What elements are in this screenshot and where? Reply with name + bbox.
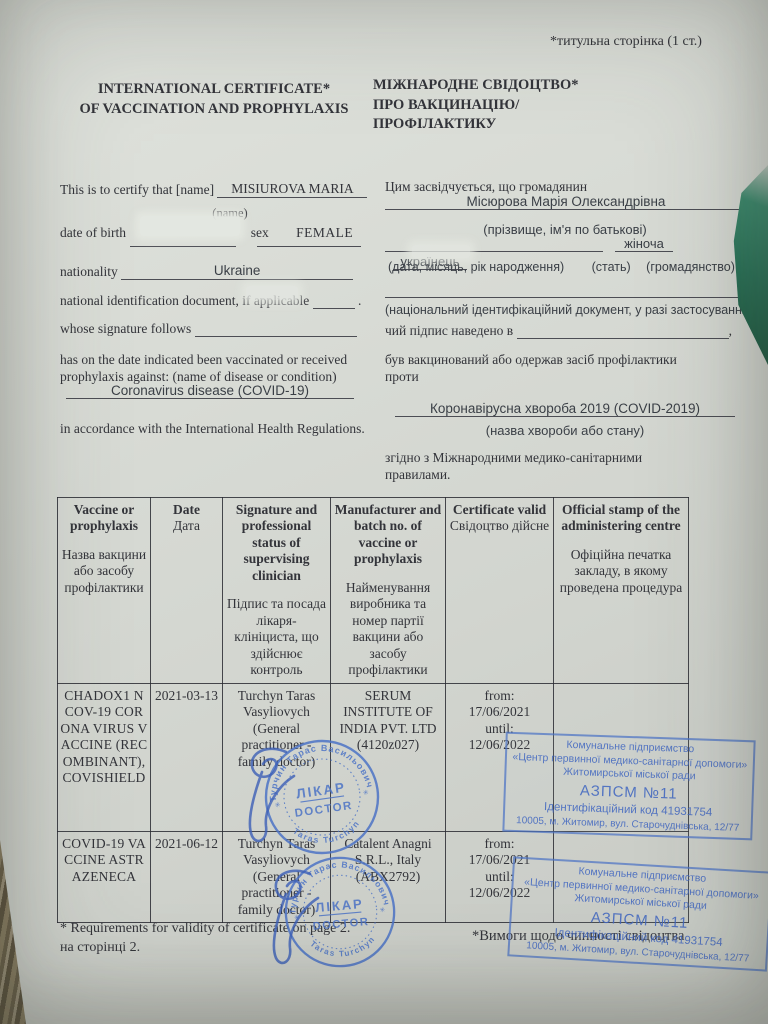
header-manufacturer-en: Manufacturer and batch no. of vaccine or… bbox=[333, 502, 443, 568]
dob-label: date of birth bbox=[60, 225, 126, 240]
valid-from-label-2: from: bbox=[448, 836, 551, 852]
disease-caption-uk: (назва хвороби або стану) bbox=[440, 423, 690, 438]
regulations-en: in accordance with the International Hea… bbox=[60, 420, 365, 437]
header-signature-en: Signature and professional status of sup… bbox=[225, 502, 328, 584]
photo-of-certificate: *титульна сторінка (1 ст.) INTERNATIONAL… bbox=[0, 0, 768, 1024]
nationality-label: nationality bbox=[60, 264, 118, 279]
name-field-en: MISIUROVA MARIA bbox=[217, 180, 367, 198]
disease-field-en: Coronavirus disease (COVID-19) bbox=[66, 383, 354, 399]
signature-row-uk: чий підпис наведено в , bbox=[385, 322, 732, 339]
header-valid-uk: Свідоцтво дійсне bbox=[448, 518, 551, 534]
signature-field-uk bbox=[517, 338, 729, 339]
nid-row-en: national identification document, if app… bbox=[60, 292, 361, 309]
valid-from-label-1: from: bbox=[448, 688, 551, 704]
title-ukrainian-line3: ПРОФІЛАКТИКУ bbox=[373, 115, 693, 135]
sex-caption-uk: (стать) bbox=[592, 260, 631, 274]
name-value-en: MISIUROVA MARIA bbox=[231, 181, 353, 196]
sex-label: sex bbox=[251, 225, 269, 240]
title-english-line2: OF VACCINATION AND PROPHYLAXIS bbox=[68, 100, 360, 120]
header-manufacturer-uk: Найменування виробника та номер партії в… bbox=[333, 580, 443, 679]
regulations-uk: згідно з Міжнародними медико-санітарними… bbox=[385, 449, 725, 484]
title-english: INTERNATIONAL CERTIFICATE* OF VACCINATIO… bbox=[68, 80, 360, 119]
vaccinated-line2-uk: проти bbox=[385, 368, 745, 385]
sex-field-uk: жіноча bbox=[615, 236, 673, 252]
title-english-line1: INTERNATIONAL CERTIFICATE* bbox=[68, 80, 360, 100]
sex-value: FEMALE bbox=[296, 225, 353, 240]
disease-row-uk: Коронавірусна хвороба 2019 (COVID-2019) bbox=[395, 399, 735, 417]
header-stamp-uk: Офіційна печатка закладу, в якому провед… bbox=[556, 547, 686, 596]
cell-vaccine-2: COVID-19 VACCINE ASTRAZENECA bbox=[58, 831, 151, 922]
nid-comma-uk: , bbox=[747, 281, 750, 296]
name-value-uk: Місюрова Марія Олександрівна bbox=[467, 194, 666, 209]
dob-caption-uk: (дата, місяць, рік народження) bbox=[388, 260, 564, 274]
name-field-uk: Місюрова Марія Олександрівна bbox=[385, 194, 747, 210]
header-signature: Signature and professional status of sup… bbox=[223, 498, 331, 684]
nid-row-uk: , bbox=[385, 280, 750, 298]
cell-vaccine-1: CHADOX1 NCOV-19 CORONA VIRUS VACCINE (RE… bbox=[58, 683, 151, 831]
captions-row-uk: (дата, місяць, рік народження) (стать) (… bbox=[388, 260, 760, 274]
clinician-signature-2 bbox=[252, 864, 342, 974]
header-date-en: Date bbox=[153, 502, 220, 518]
nid-field-en bbox=[313, 308, 355, 309]
header-signature-uk: Підпис та посада лікаря-клініциста, що з… bbox=[225, 596, 328, 678]
header-manufacturer: Manufacturer and batch no. of vaccine or… bbox=[331, 498, 446, 684]
signature-row-en: whose signature follows bbox=[60, 320, 357, 337]
dob-redaction-uk bbox=[412, 245, 470, 258]
nid-redaction bbox=[246, 286, 298, 300]
sex-underline bbox=[257, 246, 361, 247]
header-vaccine-en: Vaccine or prophylaxis bbox=[60, 502, 148, 535]
disease-row-en: Coronavirus disease (COVID-19) bbox=[66, 381, 354, 399]
header-valid-en: Certificate valid bbox=[448, 502, 551, 518]
nid-field-uk bbox=[385, 283, 747, 298]
sex-value-uk: жіноча bbox=[624, 236, 664, 251]
signature-field-en bbox=[195, 336, 357, 337]
institution-stamp-2: Комунальне підприємство «Центр первинної… bbox=[507, 856, 768, 972]
nationality-value: Ukraine bbox=[214, 263, 261, 278]
clinician-signature-1 bbox=[228, 742, 318, 852]
table-header-row: Vaccine or prophylaxis Назва вакцини або… bbox=[58, 498, 689, 684]
header-stamp: Official stamp of the administering cent… bbox=[554, 498, 689, 684]
stamp-star-right: ✳ bbox=[379, 906, 386, 914]
regulations-line2-uk: правилами. bbox=[385, 466, 725, 483]
cell-date-1: 2021-03-13 bbox=[151, 683, 223, 831]
title-ukrainian-line2: ПРО ВАКЦИНАЦІЮ/ bbox=[373, 96, 693, 116]
nid-caption-uk: (національний ідентифікаційний документ,… bbox=[385, 303, 753, 317]
certify-label-en: This is to certify that [name] bbox=[60, 182, 214, 197]
valid-from-1: 17/06/2021 bbox=[448, 704, 551, 720]
header-stamp-en: Official stamp of the administering cent… bbox=[556, 502, 686, 535]
institution-stamp-1: Комунальне підприємство «Центр первинної… bbox=[502, 732, 755, 841]
vaccinated-line1-en: has on the date indicated been vaccinate… bbox=[60, 351, 370, 368]
regulations-line1-uk: згідно з Міжнародними медико-санітарними bbox=[385, 449, 725, 466]
nationality-field: Ukraine bbox=[121, 262, 353, 280]
name-row-uk: Місюрова Марія Олександрівна bbox=[385, 192, 747, 210]
dob-underline bbox=[130, 246, 236, 247]
title-ukrainian-line1: МІЖНАРОДНЕ СВІДОЦТВО* bbox=[373, 76, 693, 96]
disease-value-en: Coronavirus disease (COVID-19) bbox=[111, 383, 309, 398]
dob-redaction bbox=[140, 216, 240, 236]
footer-left-line2: на сторінці 2. bbox=[60, 940, 140, 956]
vaccinated-line1-uk: був вакцинований або одержав засіб профі… bbox=[385, 351, 745, 368]
signature-label-uk: чий підпис наведено в bbox=[385, 323, 513, 338]
header-vaccine: Vaccine or prophylaxis Назва вакцини або… bbox=[58, 498, 151, 684]
signature-label-en: whose signature follows bbox=[60, 321, 191, 336]
disease-field-uk: Коронавірусна хвороба 2019 (COVID-2019) bbox=[395, 401, 735, 417]
certify-row-en: This is to certify that [name] MISIUROVA… bbox=[60, 180, 367, 198]
header-vaccine-uk: Назва вакцини або засобу профілактики bbox=[60, 547, 148, 596]
header-date: Date Дата bbox=[151, 498, 223, 684]
page-note: *титульна сторінка (1 ст.) bbox=[550, 34, 702, 50]
citizenship-caption-uk: (громадянство) bbox=[646, 260, 735, 274]
header-date-uk: Дата bbox=[153, 518, 220, 534]
vaccinated-text-uk: був вакцинований або одержав засіб профі… bbox=[385, 351, 745, 386]
disease-value-uk: Коронавірусна хвороба 2019 (COVID-2019) bbox=[430, 401, 700, 416]
cell-date-2: 2021-06-12 bbox=[151, 831, 223, 922]
stamp-star-right: ✳ bbox=[362, 788, 369, 797]
title-ukrainian: МІЖНАРОДНЕ СВІДОЦТВО* ПРО ВАКЦИНАЦІЮ/ ПР… bbox=[373, 76, 693, 135]
signature-comma-uk: , bbox=[729, 323, 732, 338]
header-valid: Certificate valid Свідоцтво дійсне bbox=[446, 498, 554, 684]
nid-period: . bbox=[358, 293, 361, 308]
nationality-row: nationality Ukraine bbox=[60, 262, 353, 280]
